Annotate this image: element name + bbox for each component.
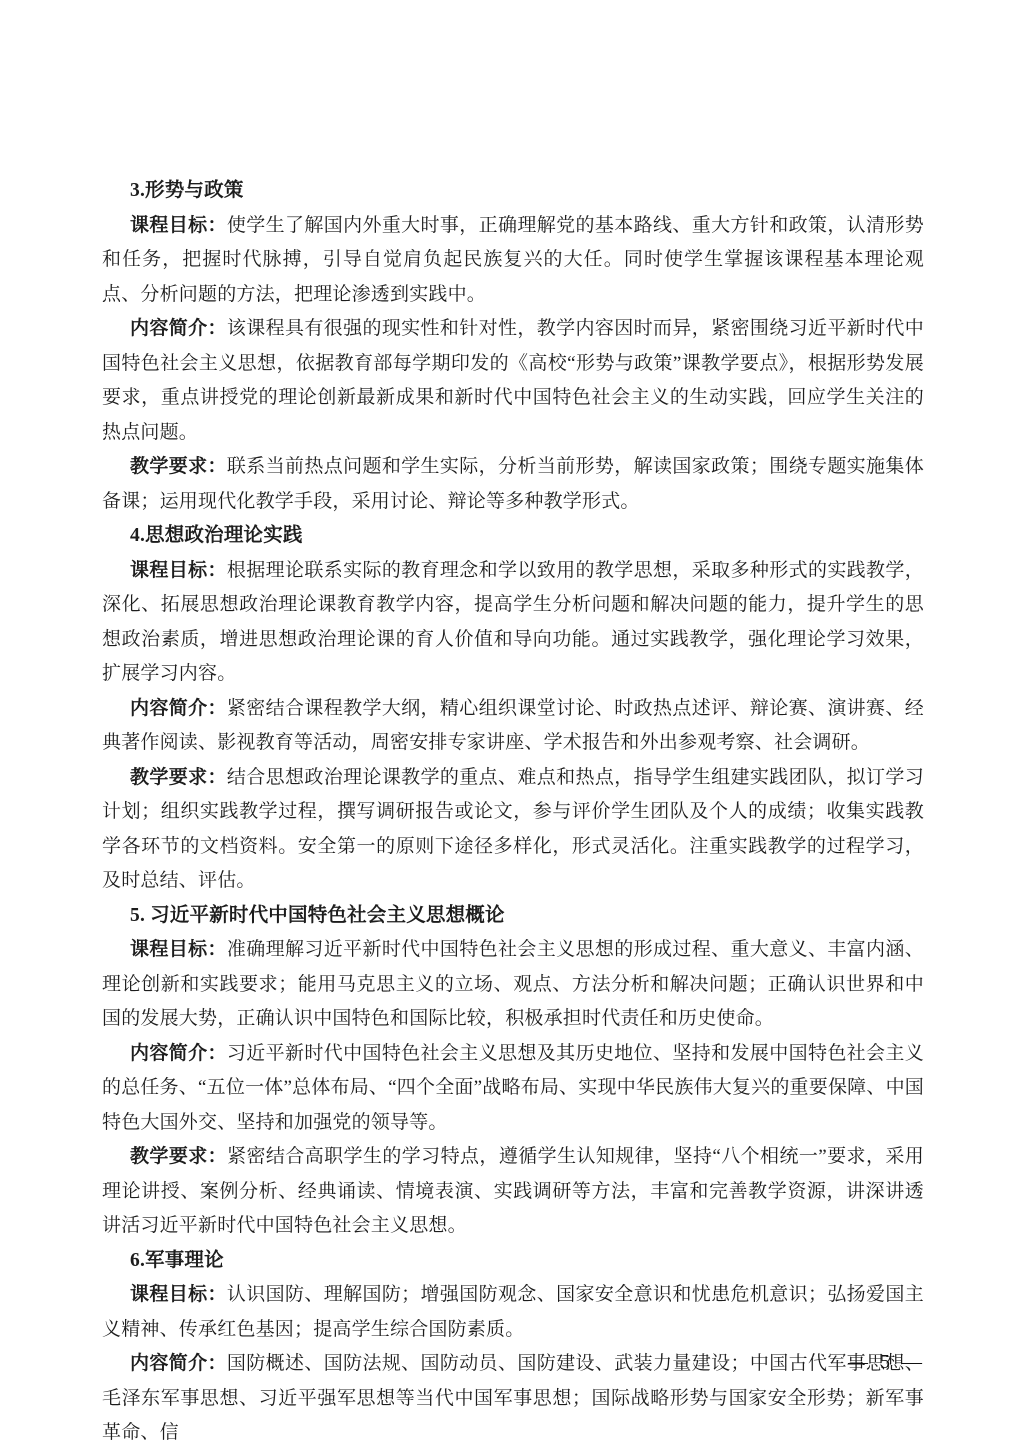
paragraph-label: 教学要求： [130, 456, 227, 477]
section-heading-military-theory: 6.军事理论 [102, 1244, 924, 1279]
paragraph-content-intro: 内容简介：习近平新时代中国特色社会主义思想及其历史地位、坚持和发展中国特色社会主… [102, 1037, 924, 1141]
paragraph-label: 课程目标： [130, 1284, 227, 1305]
paragraph-teaching-requirements: 教学要求：紧密结合高职学生的学习特点，遵循学生认知规律，坚持“八个相统一”要求，… [102, 1140, 924, 1244]
section-heading-ideological-practice: 4.思想政治理论实践 [102, 519, 924, 554]
paragraph-teaching-requirements: 教学要求：结合思想政治理论课教学的重点、难点和热点，指导学生组建实践团队，拟订学… [102, 761, 924, 899]
paragraph-course-goal: 课程目标：认识国防、理解国防；增强国防观念、国家安全意识和忧患危机意识；弘扬爱国… [102, 1278, 924, 1347]
section-heading-situation-policy: 3.形势与政策 [102, 174, 924, 209]
paragraph-course-goal: 课程目标：根据理论联系实际的教育理念和学以致用的教学思想，采取多种形式的实践教学… [102, 554, 924, 692]
page-number-dash-right: — [902, 1348, 922, 1376]
paragraph-teaching-requirements: 教学要求：联系当前热点问题和学生实际，分析当前形势，解读国家政策；围绕专题实施集… [102, 450, 924, 519]
paragraph-content-intro: 内容简介：紧密结合课程教学大纲，精心组织课堂讨论、时政热点述评、辩论赛、演讲赛、… [102, 692, 924, 761]
page-content: 3.形势与政策 课程目标：使学生了解国内外重大时事，正确理解党的基本路线、重大方… [102, 0, 924, 1448]
paragraph-label: 教学要求： [130, 767, 227, 788]
document-page: 3.形势与政策 课程目标：使学生了解国内外重大时事，正确理解党的基本路线、重大方… [0, 0, 1024, 1448]
paragraph-label: 课程目标： [130, 560, 227, 581]
paragraph-label: 内容简介： [130, 1353, 227, 1374]
paragraph-label: 内容简介： [130, 318, 227, 339]
paragraph-label: 内容简介： [130, 1043, 227, 1064]
page-number: — 5 — [848, 1348, 922, 1376]
paragraph-course-goal: 课程目标：准确理解习近平新时代中国特色社会主义思想的形成过程、重大意义、丰富内涵… [102, 933, 924, 1037]
page-number-value: 5 [880, 1348, 890, 1376]
paragraph-label: 课程目标： [130, 215, 227, 236]
paragraph-label: 教学要求： [130, 1146, 227, 1167]
paragraph-content-intro: 内容简介：该课程具有很强的现实性和针对性，教学内容因时而异，紧密围绕习近平新时代… [102, 312, 924, 450]
paragraph-label: 内容简介： [130, 698, 227, 719]
paragraph-label: 课程目标： [130, 939, 227, 960]
page-number-dash-left: — [848, 1348, 868, 1376]
paragraph-content-intro: 内容简介：国防概述、国防法规、国防动员、国防建设、武装力量建设；中国古代军事思想… [102, 1347, 924, 1448]
section-heading-xi-thought-overview: 5. 习近平新时代中国特色社会主义思想概论 [102, 899, 924, 934]
paragraph-course-goal: 课程目标：使学生了解国内外重大时事，正确理解党的基本路线、重大方针和政策，认清形… [102, 209, 924, 313]
